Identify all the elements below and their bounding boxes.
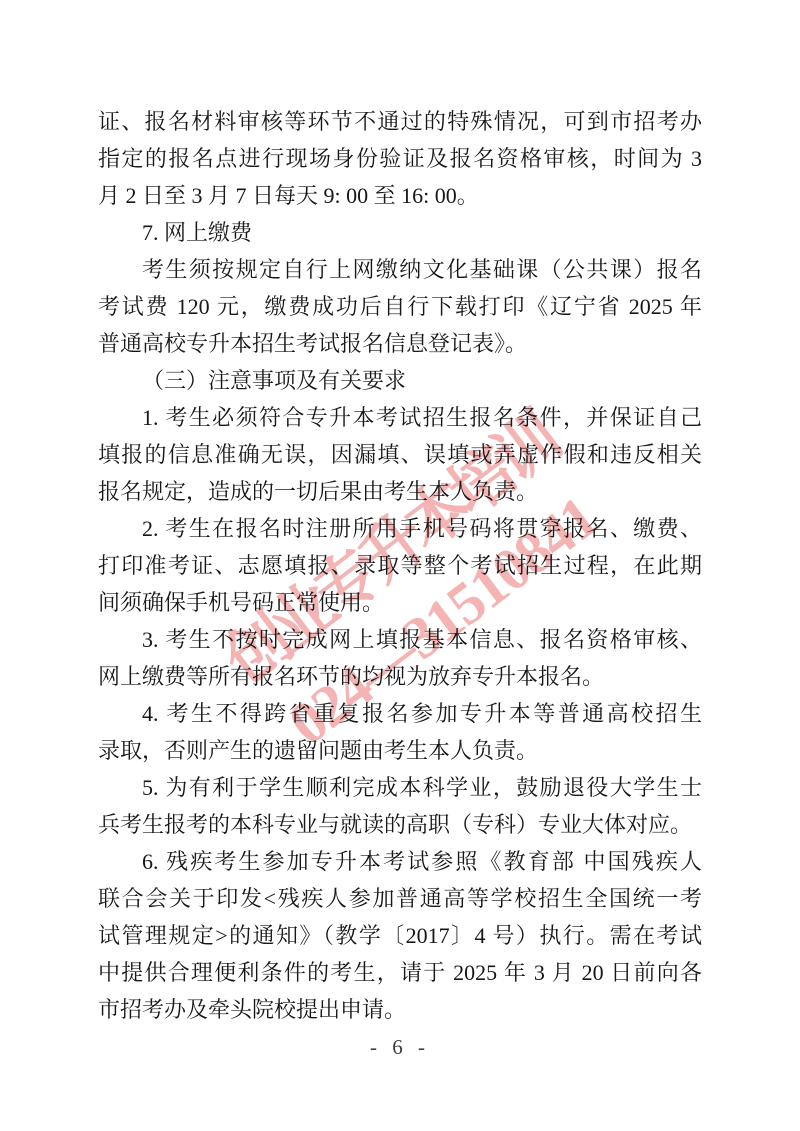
text-line: 网上缴费等所有报名环节的均视为放弃专升本报名。 xyxy=(98,658,702,695)
text-line: 普通高校专升本招生考试报名信息登记表》。 xyxy=(98,325,702,362)
text-line: 填报的信息准确无误，因漏填、误填或弄虚作假和违反相关 xyxy=(98,436,702,473)
text-line: 1. 考生必须符合专升本考试招生报名条件，并保证自己 xyxy=(98,399,702,436)
text-line: 打印准考证、志愿填报、录取等整个考试招生过程，在此期 xyxy=(98,547,702,584)
text-line: 考试费 120 元，缴费成功后自行下载打印《辽宁省 2025 年 xyxy=(98,288,702,325)
text-line: 证、报名材料审核等环节不通过的特殊情况，可到市招考办 xyxy=(98,103,702,140)
text-line: 市招考办及牵头院校提出申请。 xyxy=(98,991,702,1028)
text-line: 报名规定，造成的一切后果由考生本人负责。 xyxy=(98,473,702,510)
text-line: 考生须按规定自行上网缴纳文化基础课（公共课）报名 xyxy=(98,251,702,288)
page-number: - 6 - xyxy=(0,1032,800,1062)
text-line: 2. 考生在报名时注册所用手机号码将贯穿报名、缴费、 xyxy=(98,510,702,547)
text-line: 月 2 日至 3 月 7 日每天 9: 00 至 16: 00。 xyxy=(98,177,702,214)
document-page: 创业专升本培训 024—31510841 证、报名材料审核等环节不通过的特殊情况… xyxy=(0,0,800,1131)
section-heading: （三）注意事项及有关要求 xyxy=(98,362,702,399)
text-line: 录取，否则产生的遗留问题由考生本人负责。 xyxy=(98,732,702,769)
text-line: 间须确保手机号码正常使用。 xyxy=(98,584,702,621)
text-line: 试管理规定>的通知》（教学〔2017〕4 号）执行。需在考试 xyxy=(98,917,702,954)
document-body: 证、报名材料审核等环节不通过的特殊情况，可到市招考办 指定的报名点进行现场身份验… xyxy=(98,103,702,1028)
text-line: 联合会关于印发<残疾人参加普通高等学校招生全国统一考 xyxy=(98,880,702,917)
text-line: 指定的报名点进行现场身份验证及报名资格审核，时间为 3 xyxy=(98,140,702,177)
text-line: 兵考生报考的本科专业与就读的高职（专科）专业大体对应。 xyxy=(98,806,702,843)
text-line: 中提供合理便利条件的考生，请于 2025 年 3 月 20 日前向各 xyxy=(98,954,702,991)
text-line: 5. 为有利于学生顺利完成本科学业，鼓励退役大学生士 xyxy=(98,769,702,806)
text-line: 6. 残疾考生参加专升本考试参照《教育部 中国残疾人 xyxy=(98,843,702,880)
text-line: 3. 考生不按时完成网上填报基本信息、报名资格审核、 xyxy=(98,621,702,658)
section-heading: 7. 网上缴费 xyxy=(98,214,702,251)
text-line: 4. 考生不得跨省重复报名参加专升本等普通高校招生 xyxy=(98,695,702,732)
